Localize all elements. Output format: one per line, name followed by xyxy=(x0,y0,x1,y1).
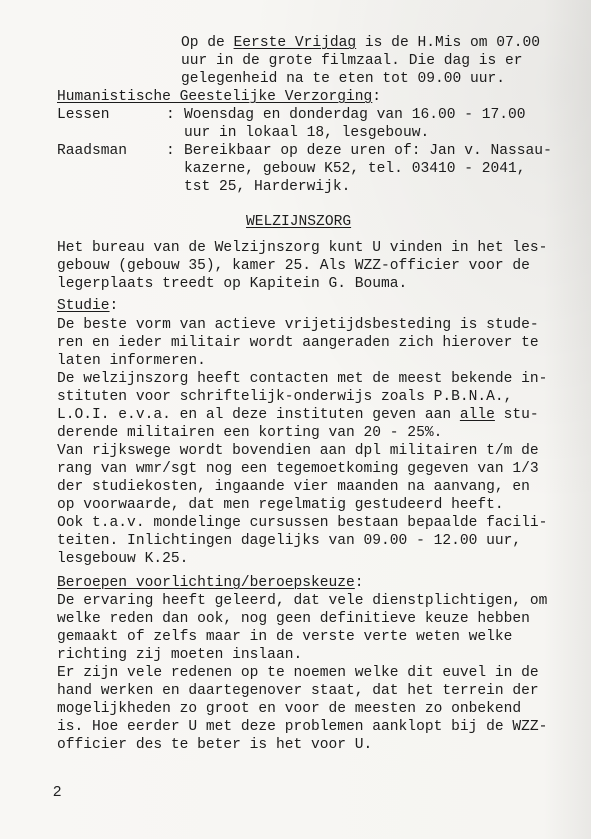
career-line: mogelijkheden zo groot en voor de meeste… xyxy=(57,700,521,718)
heading-colon: : xyxy=(110,298,119,314)
study-line: teiten. Inlichtingen dagelijks van 09.00… xyxy=(57,532,521,550)
career-heading-text: Beroepen voorlichting/beroepskeuze xyxy=(57,575,355,591)
lessons-separator: : xyxy=(166,106,175,124)
humanistic-heading-text: Humanistische Geestelijke Verzorging xyxy=(57,89,372,105)
welfare-paragraph-line: Het bureau van de Welzijnszorg kunt U vi… xyxy=(57,239,547,257)
career-line: officier des te beter is het voor U. xyxy=(57,736,372,754)
study-heading-text: Studie xyxy=(57,298,110,314)
career-line: is. Hoe eerder U met deze problemen aank… xyxy=(57,718,547,736)
career-line: gemaakt of zelfs maar in de verste verte… xyxy=(57,628,512,646)
study-line-alle: L.O.I. e.v.a. en al deze instituten geve… xyxy=(57,406,539,424)
counselor-value-line-2: kazerne, gebouw K52, tel. 03410 - 2041, xyxy=(184,160,526,178)
lessons-label: Lessen xyxy=(57,106,110,124)
counselor-value-line-3: tst 25, Harderwijk. xyxy=(184,178,350,196)
lessons-value-line-1: Woensdag en donderdag van 16.00 - 17.00 xyxy=(184,106,526,124)
heading-colon: : xyxy=(372,89,381,105)
first-friday-underlined: Eerste Vrijdag xyxy=(234,35,357,51)
heading-colon: : xyxy=(355,575,364,591)
study-line: stituten voor schriftelijk-onderwijs zoa… xyxy=(57,388,512,406)
career-line: welke reden dan ook, nog geen definitiev… xyxy=(57,610,530,628)
study-line: De beste vorm van actieve vrijetijdsbest… xyxy=(57,316,539,334)
study-line: Van rijkswege wordt bovendien aan dpl mi… xyxy=(57,442,539,460)
intro-line-2: uur in de grote filmzaal. Die dag is er xyxy=(181,52,523,70)
lessons-value-line-2: uur in lokaal 18, lesgebouw. xyxy=(184,124,429,142)
study-line: der studiekosten, ingaande vier maanden … xyxy=(57,478,530,496)
counselor-value-line-1: Bereikbaar op deze uren of: Jan v. Nassa… xyxy=(184,142,552,160)
intro-text: is de H.Mis om 07.00 xyxy=(356,35,540,51)
counselor-separator: : xyxy=(166,142,175,160)
study-line: laten informeren. xyxy=(57,352,206,370)
career-line: Er zijn vele redenen op te noemen welke … xyxy=(57,664,539,682)
study-line: op voorwaarde, dat men regelmatig gestud… xyxy=(57,496,504,514)
welfare-title: WELZIJNSZORG xyxy=(246,213,351,231)
counselor-label: Raadsman xyxy=(57,142,127,160)
study-line: ren en ieder militair wordt aangeraden z… xyxy=(57,334,539,352)
scanned-page: Op de Eerste Vrijdag is de H.Mis om 07.0… xyxy=(0,0,591,839)
study-text: L.O.I. e.v.a. en al deze instituten geve… xyxy=(57,407,460,423)
intro-line-3: gelegenheid na te eten tot 09.00 uur. xyxy=(181,70,505,88)
intro-line-1: Op de Eerste Vrijdag is de H.Mis om 07.0… xyxy=(181,34,540,52)
career-line: De ervaring heeft geleerd, dat vele dien… xyxy=(57,592,547,610)
page-number: 2 xyxy=(53,783,61,800)
study-heading: Studie: xyxy=(57,297,118,315)
study-line: Ook t.a.v. mondelinge cursussen bestaan … xyxy=(57,514,547,532)
study-line: rang van wmr/sgt nog een tegemoetkoming … xyxy=(57,460,539,478)
humanistic-heading: Humanistische Geestelijke Verzorging: xyxy=(57,88,381,106)
intro-text: Op de xyxy=(181,35,234,51)
welfare-paragraph-line: gebouw (gebouw 35), kamer 25. Als WZZ-of… xyxy=(57,257,530,275)
welfare-title-text: WELZIJNSZORG xyxy=(246,214,351,230)
study-text: stu- xyxy=(495,407,539,423)
study-line: derende militairen een korting van 20 - … xyxy=(57,424,442,442)
career-line: richting zij moeten inslaan. xyxy=(57,646,302,664)
alle-underlined: alle xyxy=(460,407,495,423)
career-heading: Beroepen voorlichting/beroepskeuze: xyxy=(57,574,364,592)
welfare-paragraph-line: legerplaats treedt op Kapitein G. Bouma. xyxy=(57,275,407,293)
study-line: De welzijnszorg heeft contacten met de m… xyxy=(57,370,547,388)
study-line: lesgebouw K.25. xyxy=(57,550,188,568)
career-line: hand werken en daartegenover staat, dat … xyxy=(57,682,539,700)
